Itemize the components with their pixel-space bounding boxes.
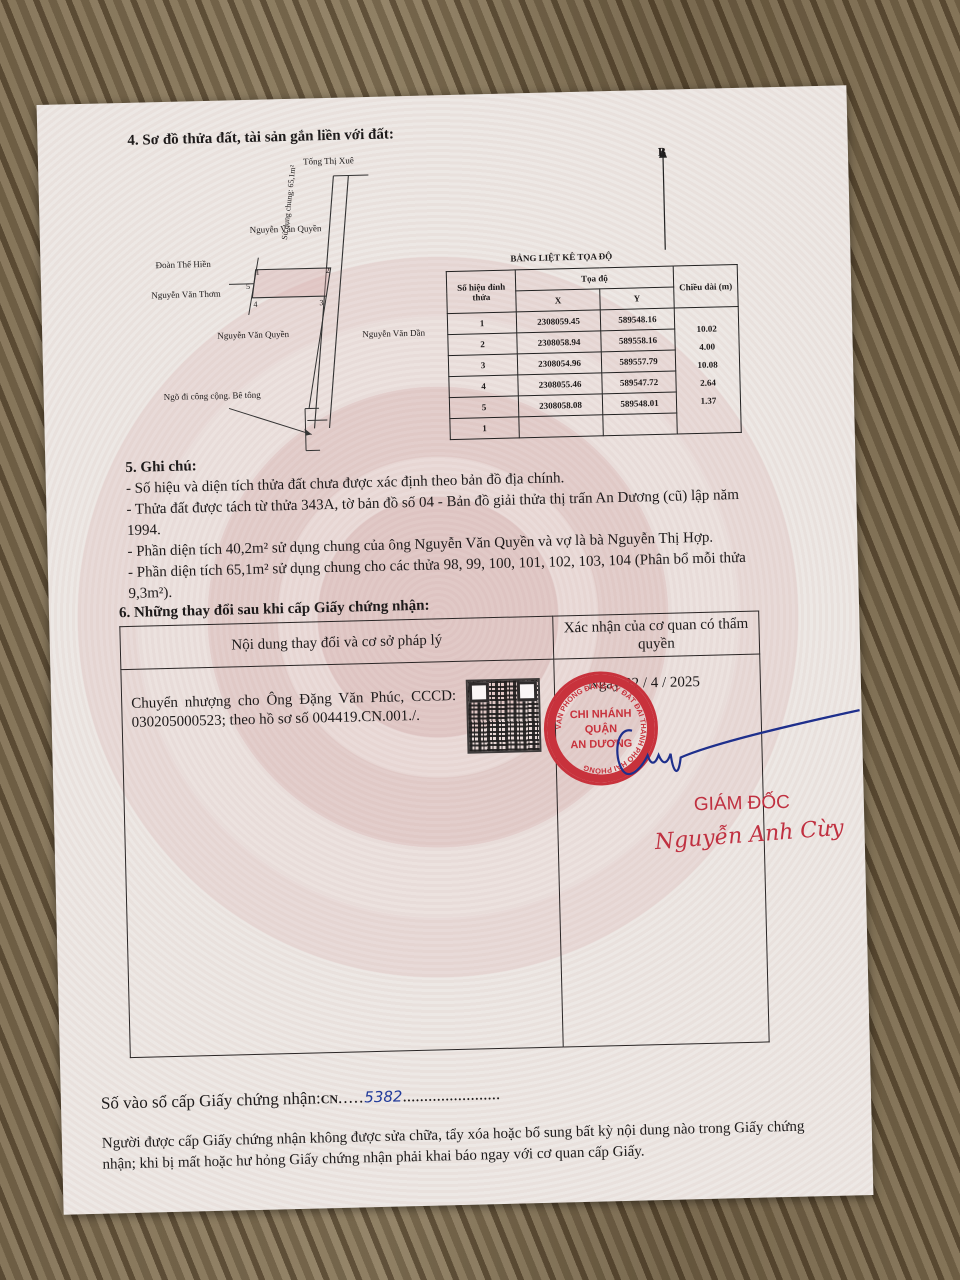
vertex-2: 2 xyxy=(326,266,330,275)
header-point: Số hiệu đỉnh thửa xyxy=(446,270,516,314)
y-cell xyxy=(603,413,677,436)
x-cell: 2308059.45 xyxy=(516,310,600,333)
qr-code[interactable] xyxy=(466,678,542,754)
changes-col2-header: Xác nhận của cơ quan có thẩm quyền xyxy=(553,611,760,659)
change-entry-text: Chuyển nhượng cho Ông Đặng Văn Phúc, CCC… xyxy=(122,663,464,733)
signer-title: GIÁM ĐỐC xyxy=(694,792,791,816)
vertex-1: 1 xyxy=(256,268,260,277)
north-label: B xyxy=(658,145,666,160)
length-cell: 10.024.0010.082.641.37 xyxy=(674,306,741,434)
changes-section: 6. Những thay đổi sau khi cấp Giấy chứng… xyxy=(119,589,780,1058)
neighbor-right: Nguyễn Văn Dần xyxy=(362,328,425,340)
vertex-5: 5 xyxy=(246,282,250,291)
point-cell: 1 xyxy=(450,417,519,440)
notes-section: 5. Ghi chú: - Số hiệu và diện tích thửa … xyxy=(125,442,768,605)
y-cell: 589548.16 xyxy=(600,308,674,331)
registration-number: 5382 xyxy=(364,1087,403,1106)
north-arrow-icon xyxy=(659,148,669,250)
header-y: Y xyxy=(600,287,674,310)
header-length: Chiều dài (m) xyxy=(673,264,738,308)
y-cell: 589557.79 xyxy=(601,350,675,373)
x-cell xyxy=(519,415,603,438)
x-cell: 2308055.46 xyxy=(518,373,602,396)
coordinate-table: Số hiệu đỉnh thửa Tọa độ Chiều dài (m) X… xyxy=(446,264,742,440)
point-cell: 4 xyxy=(449,375,518,398)
y-cell: 589547.72 xyxy=(602,371,676,394)
registration-label: Số vào sổ cấp Giấy chứng nhận: xyxy=(101,1088,321,1112)
point-cell: 2 xyxy=(448,333,517,356)
neighbor-top: Tống Thị Xuê xyxy=(303,155,354,166)
neighbor-left-lower: Nguyễn Văn Thơm xyxy=(151,289,221,301)
x-cell: 2308058.94 xyxy=(517,331,601,354)
y-cell: 589548.01 xyxy=(602,392,676,415)
x-cell: 2308058.08 xyxy=(518,394,602,417)
neighbor-left-upper: Đoàn Thế Hiền xyxy=(155,259,211,270)
vertex-4: 4 xyxy=(253,300,257,309)
neighbor-lower-middle: Nguyễn Văn Quyền xyxy=(217,329,289,341)
header-x: X xyxy=(516,289,600,312)
registration-prefix: CN xyxy=(321,1092,339,1106)
point-cell: 3 xyxy=(448,354,517,377)
point-cell: 1 xyxy=(447,312,516,335)
signature-icon xyxy=(592,705,864,792)
point-cell: 5 xyxy=(449,396,518,419)
x-cell: 2308054.96 xyxy=(517,352,601,375)
y-cell: 589558.16 xyxy=(601,329,675,352)
vertex-3: 3 xyxy=(319,298,323,307)
land-certificate-page: 4. Sơ đồ thửa đất, tài sản gắn liền với … xyxy=(37,85,874,1214)
